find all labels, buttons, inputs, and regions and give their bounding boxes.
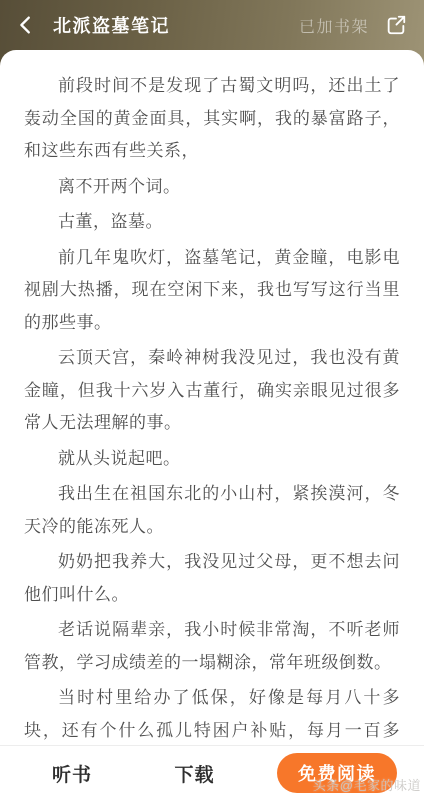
chapter-text: 前段时间不是发现了古蜀文明吗，还出土了轰动全国的黄金面具，其实啊，我的暴富路子，… bbox=[0, 50, 424, 780]
paragraph: 云顶天宫，秦岭神树我没见过，我也没有黄金瞳，但我十六岁入古董行，确实亲眼见过很多… bbox=[24, 342, 400, 440]
chevron-left-icon bbox=[15, 14, 37, 36]
paragraph: 老话说隔辈亲，我小时候非常淘，不听老师管教，学习成绩差的一塌糊涂，常年班级倒数。 bbox=[24, 614, 400, 679]
paragraph: 我出生在祖国东北的小山村，紧挨漠河，冬天冷的能冻死人。 bbox=[24, 478, 400, 543]
share-export-icon bbox=[385, 14, 407, 36]
paragraph: 就从头说起吧。 bbox=[24, 443, 400, 476]
listen-button[interactable]: 听书 bbox=[32, 760, 112, 787]
book-reader-screen: 北派盗墓笔记 已加书架 前段时间不是发现了古蜀文明吗，还出土了轰动全国的黄金面具… bbox=[0, 0, 424, 800]
download-button[interactable]: 下载 bbox=[155, 760, 235, 787]
free-read-button[interactable]: 免费阅读 bbox=[277, 753, 397, 793]
share-button[interactable] bbox=[385, 13, 409, 37]
paragraph: 前几年鬼吹灯，盗墓笔记，黄金瞳，电影电视剧大热播，现在空闲下来，我也写写这行当里… bbox=[24, 242, 400, 340]
paragraph: 奶奶把我养大，我没见过父母，更不想去问他们叫什么。 bbox=[24, 546, 400, 611]
paragraph: 古董，盗墓。 bbox=[24, 206, 400, 239]
back-button[interactable] bbox=[15, 12, 41, 38]
bottom-action-bar: 听书 下载 免费阅读 bbox=[0, 745, 424, 800]
paragraph: 前段时间不是发现了古蜀文明吗，还出土了轰动全国的黄金面具，其实啊，我的暴富路子，… bbox=[24, 70, 400, 168]
reading-card: 前段时间不是发现了古蜀文明吗，还出土了轰动全国的黄金面具，其实啊，我的暴富路子，… bbox=[0, 50, 424, 800]
book-title: 北派盗墓笔记 bbox=[53, 12, 170, 38]
top-nav-row: 北派盗墓笔记 已加书架 bbox=[0, 0, 424, 50]
added-to-shelf-button[interactable]: 已加书架 bbox=[299, 14, 369, 37]
paragraph: 离不开两个词。 bbox=[24, 171, 400, 204]
